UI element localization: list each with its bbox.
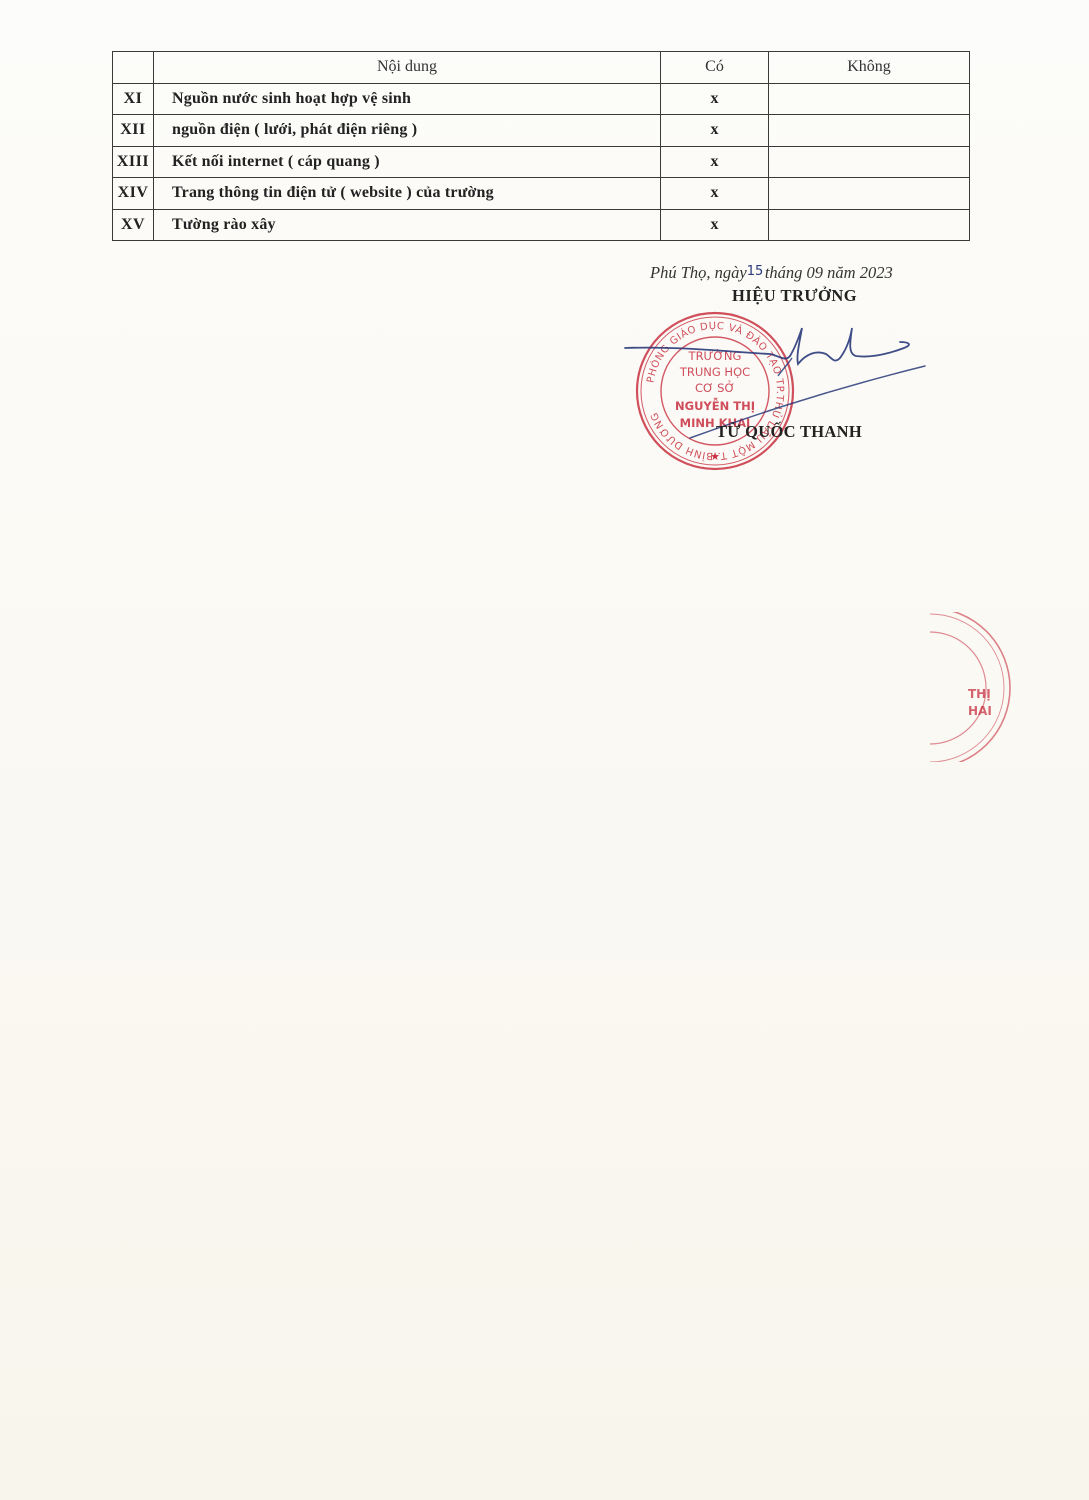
date-suffix: tháng 09 năm 2023 [761,263,893,282]
row-no-mark [769,178,970,210]
row-number: XII [113,115,154,147]
partial-stamp-line-1: THỊ [968,686,992,703]
header-number [113,52,154,84]
header-content: Nội dung [154,52,661,84]
row-no-mark [769,115,970,147]
row-no-mark [769,83,970,115]
row-content: Trang thông tin điện tử ( website ) của … [154,178,661,210]
table-row: XV Tường rào xây x [113,209,970,241]
row-yes-mark: x [661,209,769,241]
row-content: Kết nối internet ( cáp quang ) [154,146,661,178]
signer-name: TỪ QUỐC THANH [716,422,862,442]
stamp-line-2: TRUNG HỌC [634,364,796,380]
row-content: Tường rào xây [154,209,661,241]
row-no-mark [769,146,970,178]
official-stamp: PHÒNG GIÁO DỤC VÀ ĐÀO TẠO TP.THỦ DẦU MỘT… [634,310,796,472]
row-no-mark [769,209,970,241]
table-row: XII nguồn điện ( lưới, phát điện riêng )… [113,115,970,147]
row-content: nguồn điện ( lưới, phát điện riêng ) [154,115,661,147]
partial-stamp-fragment: THỊ HAI [930,612,1040,762]
table-row: XIII Kết nối internet ( cáp quang ) x [113,146,970,178]
row-number: XI [113,83,154,115]
svg-text:★: ★ [710,450,720,463]
table-row: XI Nguồn nước sinh hoạt hợp vệ sinh x [113,83,970,115]
stamp-line-1: TRƯỜNG [634,348,796,364]
partial-stamp-line-2: HAI [968,703,992,720]
row-number: XIV [113,178,154,210]
row-yes-mark: x [661,115,769,147]
row-yes-mark: x [661,83,769,115]
date-place-line: Phú Thọ, ngày15 tháng 09 năm 2023 [650,263,893,283]
signer-role: HIỆU TRƯỞNG [732,286,857,306]
table-header-row: Nội dung Có Không [113,52,970,84]
handwritten-day: 15 [747,264,761,279]
row-yes-mark: x [661,146,769,178]
stamp-line-4: NGUYỄN THỊ [634,398,796,414]
header-no: Không [769,52,970,84]
stamp-line-3: CƠ SỞ [634,380,796,396]
facilities-checklist-table: Nội dung Có Không XI Nguồn nước sinh hoạ… [112,51,970,241]
row-yes-mark: x [661,178,769,210]
row-content: Nguồn nước sinh hoạt hợp vệ sinh [154,83,661,115]
row-number: XIII [113,146,154,178]
date-prefix: Phú Thọ, ngày [650,263,747,282]
table-row: XIV Trang thông tin điện tử ( website ) … [113,178,970,210]
row-number: XV [113,209,154,241]
header-yes: Có [661,52,769,84]
